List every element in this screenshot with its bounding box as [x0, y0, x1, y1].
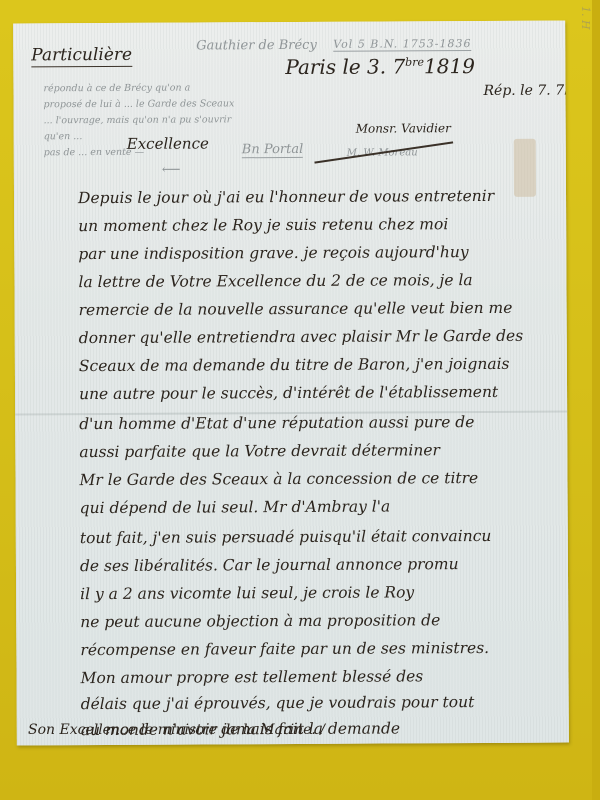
body-line: d'un homme d'Etat d'une réputation aussi… — [79, 413, 474, 433]
salutation: Excellence — [127, 134, 209, 152]
pencil-annotation-ref: Vol 5 B.N. 1753-1836 — [333, 37, 471, 52]
body-line: Mon amour propre est tellement blessé de… — [80, 667, 423, 687]
body-line: Sceaux de ma demande du titre de Baron, … — [79, 355, 510, 375]
arrow-icon: ⟵ — [162, 163, 181, 178]
body-line: récompense en faveur faite par un de ses… — [80, 639, 489, 659]
body-line: Mr le Garde des Sceaux à la concession d… — [79, 469, 478, 489]
dateline-year: 1819 — [424, 54, 475, 78]
dateline-superscript: bre — [405, 56, 424, 69]
body-line: Depuis le jour où j'ai eu l'honneur de v… — [78, 187, 494, 207]
paper-stain — [514, 139, 536, 197]
body-line: remercie de la nouvelle assurance qu'ell… — [79, 299, 513, 319]
body-line: tout fait, j'en suis persuadé puisqu'il … — [80, 527, 492, 547]
body-line: aussi parfaite que la Votre devrait déte… — [79, 441, 440, 461]
edge-pencil-note: 1. H — [579, 6, 592, 30]
body-line: il y a 2 ans vicomte lui seul, je crois … — [80, 583, 414, 603]
signature-flourish — [314, 141, 453, 163]
header-particuliere: Particulière — [31, 45, 132, 68]
pencil-note-line: répondu à ce de Brécy qu'on a — [43, 80, 234, 97]
addressee: Monsr. Vavidier — [356, 121, 451, 135]
letter-sheet: Particulière Gauthier de Brécy Vol 5 B.N… — [13, 21, 569, 746]
body-line: délais que j'ai éprouvés, que je voudrai… — [81, 693, 475, 713]
background-edge — [592, 0, 600, 800]
body-line: la lettre de Votre Excellence du 2 de ce… — [78, 271, 472, 291]
body-line: donner qu'elle entretiendra avec plaisir… — [79, 327, 523, 347]
body-line: par une indisposition grave. je reçois a… — [78, 243, 468, 263]
body-line: de ses libéralités. Car le journal annon… — [80, 555, 459, 575]
body-line: qui dépend de lui seul. Mr d'Ambray l'a — [80, 497, 391, 517]
closing-line: Son Excellence le ministre de la Marine.… — [28, 722, 325, 738]
dateline: Paris le 3. 7bre1819 — [285, 54, 475, 79]
pencil-note-line: ... l'ouvrage, mais qu'on n'a pu s'ouvri… — [44, 112, 235, 129]
body-line: un moment chez le Roy je suis retenu che… — [78, 215, 448, 235]
reply-note: Rép. le 7. 7bre — [483, 82, 568, 99]
body-line: une autre pour le succès, d'intérêt de l… — [79, 383, 498, 403]
body-line: ne peut aucune objection à ma propositio… — [80, 611, 440, 631]
pencil-note-line: proposé de lui à ... le Garde des Sceaux — [44, 96, 235, 113]
pencil-annotation-name: Gauthier de Brécy — [196, 38, 317, 54]
dateline-place: Paris le 3. 7 — [285, 54, 405, 79]
pencil-bn-note: Bn Portal — [242, 142, 304, 158]
